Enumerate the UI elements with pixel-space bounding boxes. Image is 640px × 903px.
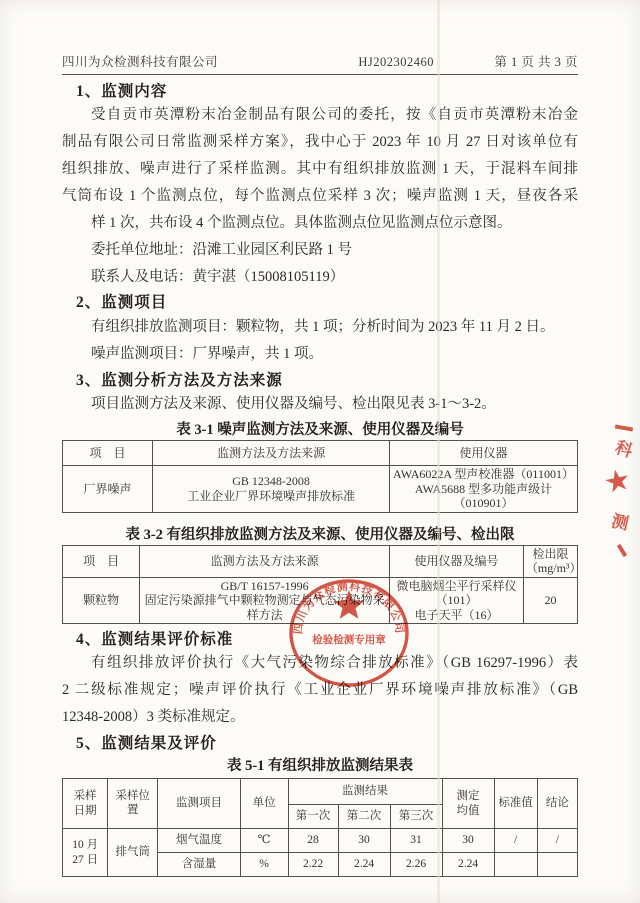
cell-value-run3: 2.26 [390, 853, 442, 877]
column-header: 项 目 [63, 441, 153, 466]
column-header: 使用仪器 [390, 441, 578, 466]
cell-average: 30 [442, 829, 494, 853]
method-standard-code: GB/T 16157-1996 [142, 579, 387, 594]
cell-value-run1: 2.22 [288, 853, 338, 877]
column-header: 监测方法及方法来源 [140, 545, 390, 577]
header-line: 采样 [65, 789, 105, 804]
page-header: 四川为众检测科技有限公司 HJ202302460 第 1 页 共 3 页 [62, 52, 578, 75]
cell-value-run3: 31 [390, 829, 442, 853]
table-3-2-emission-methods: 项 目 监测方法及方法来源 使用仪器及编号 检出限 （mg/m³） 颗粒物 GB… [62, 545, 578, 625]
cell-item: 烟气温度 [158, 829, 240, 853]
column-header-detection-limit: 检出限 （mg/m³） [523, 545, 577, 577]
column-header-sample-date: 采样 日期 [63, 779, 108, 829]
column-header-run3: 第三次 [390, 805, 442, 829]
cell-unit: % [240, 853, 288, 877]
cell-item: 含湿量 [158, 853, 240, 877]
table-cell-instrument: AWA6022A 型声校准器（011001） AWA5688 型多功能声级计（0… [390, 466, 578, 513]
section-3-title: 3、监测分析方法及方法来源 [76, 371, 578, 391]
table-cell-method: GB/T 16157-1996 固定污染源排气中颗粒物测定与气态污染物采样方法 [140, 577, 390, 624]
table-row: 10 月 27 日 排气筒 烟气温度 ℃ 28 30 31 30 / / [63, 829, 578, 853]
table-3-2-caption: 表 3-2 有组织排放监测方法及来源、使用仪器及编号、检出限 [62, 525, 578, 545]
section-5-title: 5、监测结果及评价 [76, 734, 578, 754]
table-cell-instrument: 微电脑烟尘平行采样仪（101） 电子天平（16） [390, 577, 524, 624]
section-4-line: 12348-2008）3 类标准规定。 [62, 704, 578, 731]
table-cell-item: 颗粒物 [63, 577, 140, 624]
table-cell-method: GB 12348-2008 工业企业厂界环境噪声排放标准 [153, 466, 390, 513]
instrument-line: 微电脑烟尘平行采样仪（101） [392, 579, 521, 608]
table-cell-detection-limit: 20 [523, 577, 577, 624]
cell-value-run2: 30 [338, 829, 390, 853]
header-report-number: HJ202302460 [358, 55, 434, 70]
section-1-line: 样 1 次，共布设 4 个监测点位。具体监测点位见监测点位示意图。 [62, 210, 578, 237]
section-2-line: 噪声监测项目：厂界噪声，共 1 项。 [62, 341, 578, 368]
column-header-average: 测定 均值 [442, 779, 494, 829]
instrument-line: AWA5688 型多功能声级计（010901） [392, 482, 575, 511]
column-header-monitor-item: 监测项目 [158, 779, 240, 829]
section-1-line: 受自贡市英潭粉末冶金制品有限公司的委托，按《自贡市英潭粉末冶金 [62, 102, 578, 129]
header-company-name: 四川为众检测科技有限公司 [62, 52, 218, 70]
column-header-results-group: 监测结果 [288, 779, 442, 805]
cell-sample-date: 10 月 27 日 [63, 829, 108, 877]
table-5-1-caption: 表 5-1 有组织排放监测结果表 [62, 756, 578, 776]
header-line: 测定 [445, 789, 492, 804]
date-line: 27 日 [65, 853, 105, 868]
table-5-1-emission-results: 采样 日期 采样位置 监测项目 单位 监测结果 测定 均值 标准值 结论 第一次… [62, 778, 578, 877]
section-1-line: 组织排放、噪声进行了采样监测。其中有组织排放监测 1 天，于混料车间排 [62, 156, 578, 183]
detection-limit-unit: （mg/m³） [526, 561, 575, 576]
column-header-sample-location: 采样位置 [108, 779, 158, 829]
section-1-line: 气筒布设 1 个监测点位，每个监测点位采样 3 次；噪声监测 1 天，昼夜各采 [62, 183, 578, 210]
document-page: 四川为众检测科技有限公司 HJ202302460 第 1 页 共 3 页 1、监… [0, 0, 640, 903]
section-4-line: 有组织排放评价执行《大气污染物综合排放标准》（GB 16297-1996）表 [62, 650, 578, 677]
method-standard-name: 固定污染源排气中颗粒物测定与气态污染物采样方法 [142, 593, 387, 622]
column-header-run2: 第二次 [338, 805, 390, 829]
instrument-line: AWA6022A 型声校准器（011001） [392, 467, 575, 482]
table-3-1-noise-methods: 项 目 监测方法及方法来源 使用仪器 厂界噪声 GB 12348-2008 工业… [62, 440, 578, 513]
cell-sample-location: 排气筒 [108, 829, 158, 877]
section-2-line: 有组织排放监测项目：颗粒物，共 1 项；分析时间为 2023 年 11 月 2 … [62, 314, 578, 341]
cell-average: 2.24 [442, 853, 494, 877]
column-header-standard-value: 标准值 [494, 779, 537, 829]
instrument-line: 电子天平（16） [392, 608, 521, 623]
cell-conclusion: / [537, 829, 577, 853]
column-header-unit: 单位 [240, 779, 288, 829]
section-2-title: 2、监测项目 [76, 293, 578, 313]
cell-value-run2: 2.24 [338, 853, 390, 877]
section-3-line: 项目监测方法及来源、使用仪器及编号、检出限见表 3-1～3-2。 [62, 391, 578, 418]
section-1-line: 制品有限公司日常监测采样方案》，我中心于 2023 年 10 月 27 日对该单… [62, 129, 578, 156]
table-3-1-caption: 表 3-1 噪声监测方法及来源、使用仪器及编号 [62, 420, 578, 440]
column-header: 使用仪器及编号 [390, 545, 524, 577]
section-4-line: 2 二级标准规定；噪声评价执行《工业企业厂界环境噪声排放标准》（GB [62, 677, 578, 704]
table-cell-item: 厂界噪声 [63, 466, 153, 513]
section-4-title: 4、监测结果评价标准 [76, 630, 578, 650]
cell-standard [494, 853, 537, 877]
cell-value-run1: 28 [288, 829, 338, 853]
cell-standard: / [494, 829, 537, 853]
column-header: 项 目 [63, 545, 140, 577]
method-standard-code: GB 12348-2008 [155, 474, 387, 489]
date-line: 10 月 [65, 838, 105, 853]
client-contact-line: 联系人及电话：黄宇湛（15008105119） [62, 264, 578, 291]
cell-conclusion [537, 853, 577, 877]
column-header-conclusion: 结论 [537, 779, 577, 829]
header-line: 日期 [65, 804, 105, 819]
client-address-line: 委托单位地址：沿滩工业园区利民路 1 号 [62, 237, 578, 264]
header-line: 均值 [445, 804, 492, 819]
cell-unit: ℃ [240, 829, 288, 853]
section-1-title: 1、监测内容 [76, 82, 578, 102]
method-standard-name: 工业企业厂界环境噪声排放标准 [155, 489, 387, 504]
column-header: 监测方法及方法来源 [153, 441, 390, 466]
column-header-run1: 第一次 [288, 805, 338, 829]
header-page-number: 第 1 页 共 3 页 [494, 52, 578, 70]
detection-limit-label: 检出限 [526, 547, 575, 562]
